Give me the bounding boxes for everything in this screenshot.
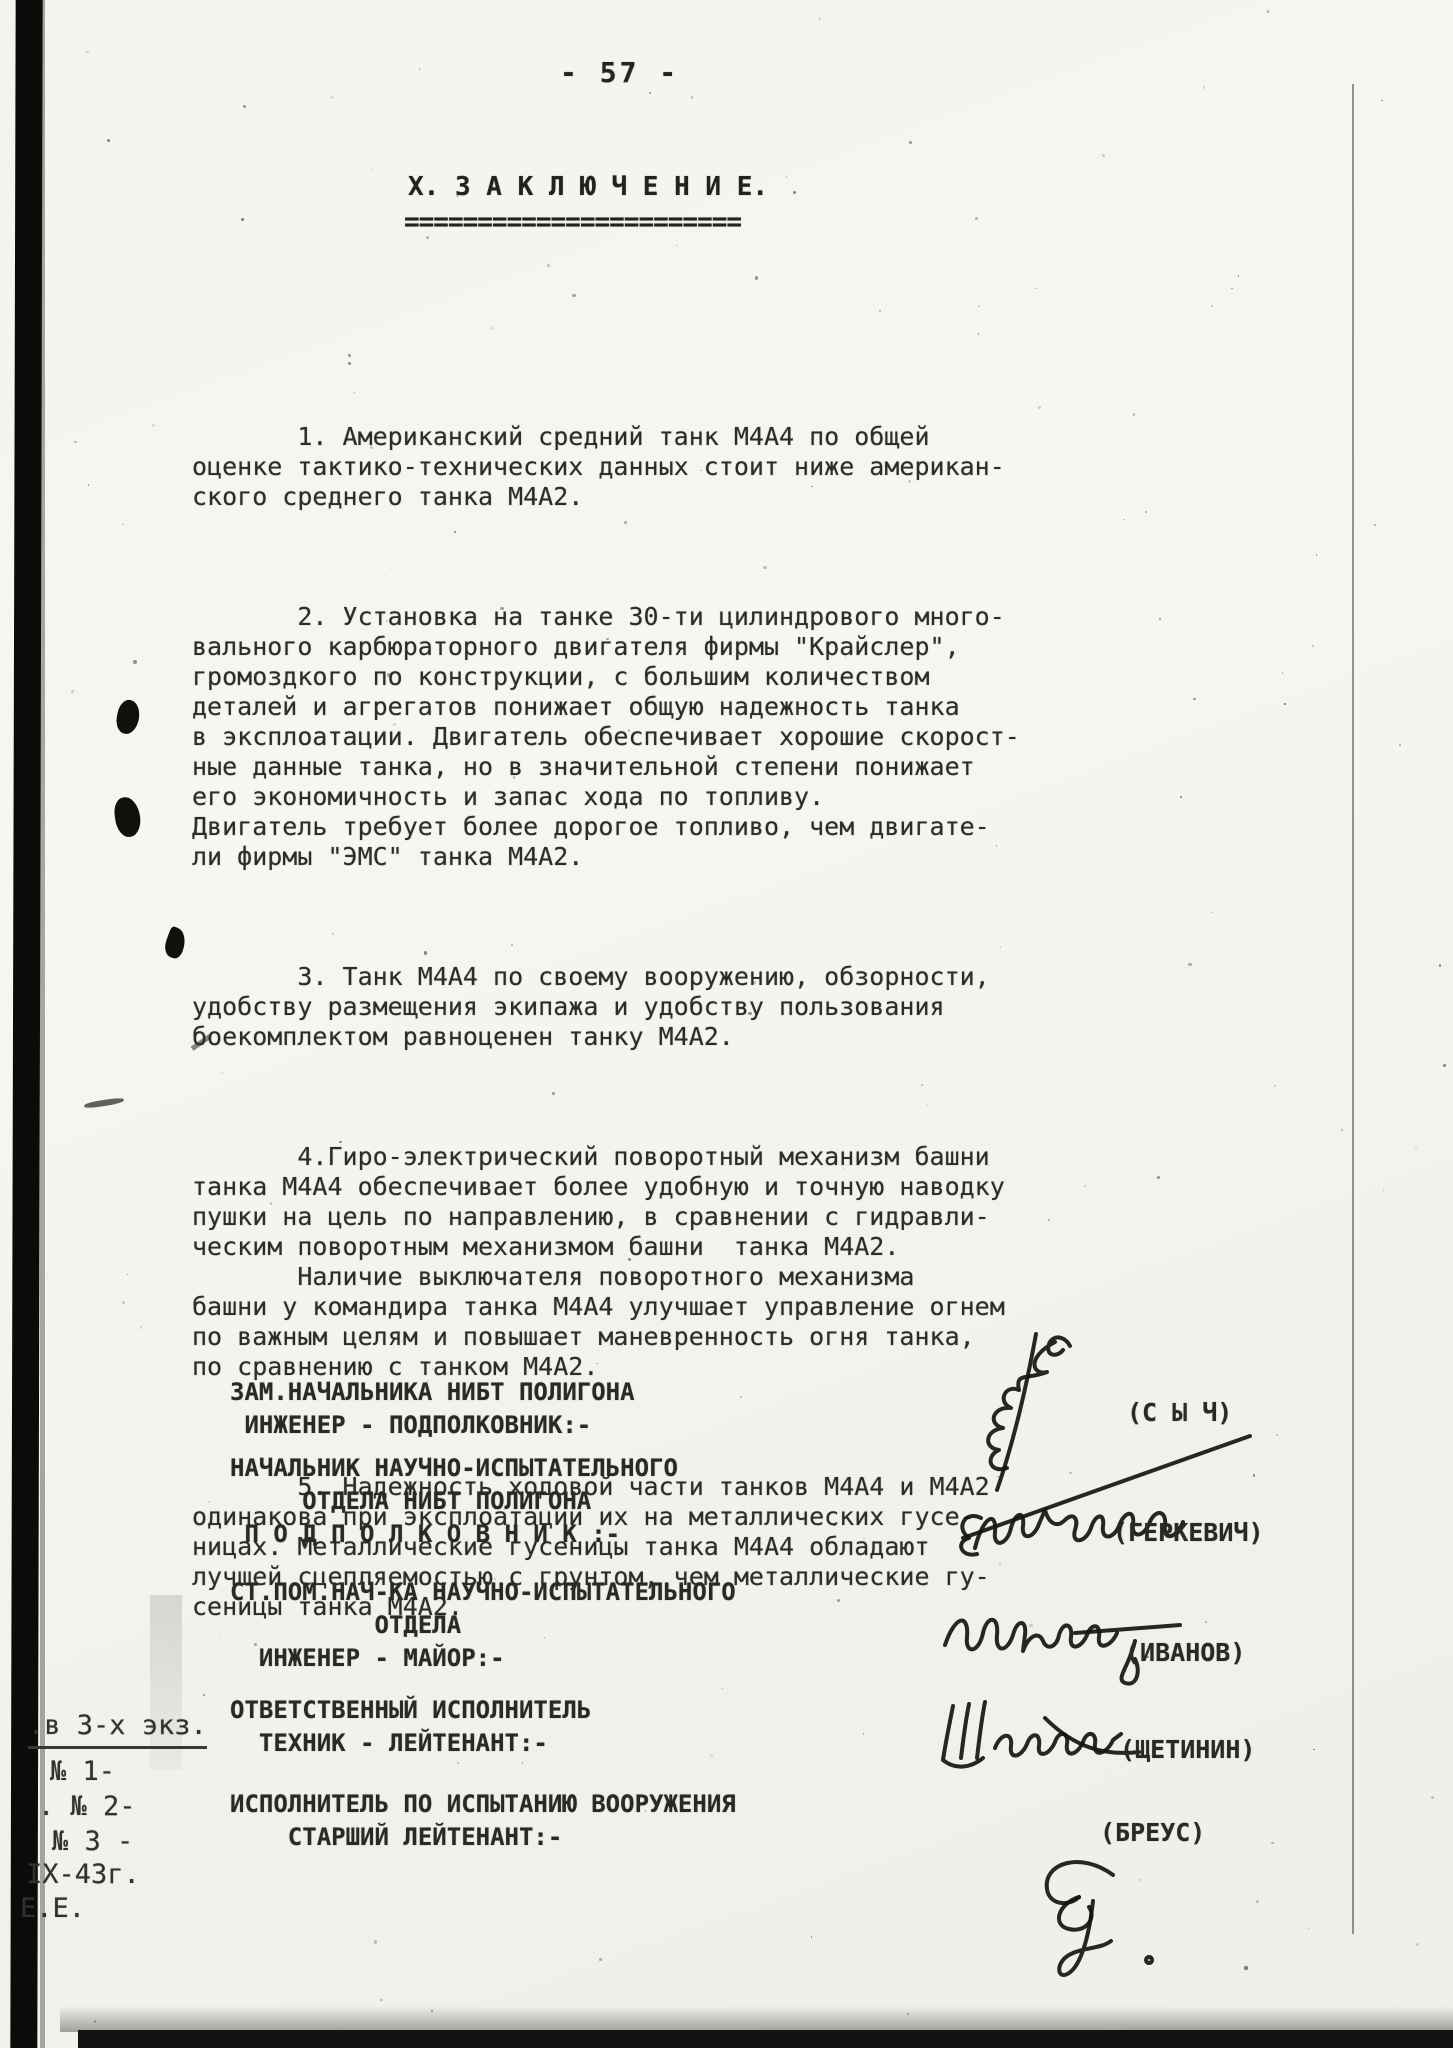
paragraph-1: 1. Американский средний танк М4А4 по общ… xyxy=(192,422,1042,512)
ink-blot-1 xyxy=(114,698,143,736)
signature-name-breus: (БРЕУС) xyxy=(1100,1818,1205,1847)
margin-copies-text: .в 3-х экз. xyxy=(28,1710,207,1749)
ink-blot-3 xyxy=(161,926,189,961)
scanned-document-page: { "page": { "number": "- 57 -" }, "title… xyxy=(0,0,1453,2048)
pencil-dash-mark xyxy=(84,1097,124,1109)
signature-name-shchetinin: (ЩЕТИНИН) xyxy=(1120,1735,1255,1764)
signature-block-5-title: ИСПОЛНИТЕЛЬ ПО ИСПЫТАНИЮ ВООРУЖЕНИЯ СТАР… xyxy=(230,1788,736,1854)
signature-ivanov-handwriting xyxy=(925,1575,1185,1695)
section-title-underline: ======================= xyxy=(404,207,741,237)
signature-block-4-title: ОТВЕТСТВЕННЫЙ ИСПОЛНИТЕЛЬ ТЕХНИК - ЛЕЙТЕ… xyxy=(230,1694,591,1760)
scan-shadow-bottom xyxy=(60,2006,1453,2032)
paragraph-3: 3. Танк М4А4 по своему вооружению, обзор… xyxy=(192,962,1042,1052)
scan-edge-bottom xyxy=(78,2030,1453,2048)
signature-block-3-title: СТ.ПОМ.НАЧ-КА НАУЧНО-ИСПЫТАТЕЛЬНОГО ОТДЕ… xyxy=(230,1576,736,1675)
signature-name-sych: (С Ы Ч) xyxy=(1127,1398,1232,1427)
margin-note-copy-3: № 3 - xyxy=(52,1826,133,1857)
page-number: - 57 - xyxy=(560,56,679,89)
signature-name-ivanov: (ИВАНОВ) xyxy=(1125,1638,1245,1667)
signature-block-1-title: ЗАМ.НАЧАЛЬНИКА НИБТ ПОЛИГОНА ИНЖЕНЕР - П… xyxy=(230,1376,635,1442)
signature-breus-handwriting xyxy=(985,1845,1185,1985)
margin-initials-note: Е.Е. xyxy=(20,1893,85,1924)
signature-name-gerkevich: (ГЕРКЕВИЧ) xyxy=(1113,1518,1264,1547)
signature-block-2-title: НАЧАЛЬНИК НАУЧНО-ИСПЫТАТЕЛЬНОГО ОТДЕЛА Н… xyxy=(230,1452,678,1551)
margin-date-note: IX-43г. xyxy=(26,1859,140,1890)
section-title: Х. З А К Л Ю Ч Е Н И Е. xyxy=(408,172,768,202)
margin-note-copy-1: № 1- xyxy=(50,1756,115,1787)
margin-copies-note: .в 3-х экз. xyxy=(28,1710,207,1741)
paragraph-2: 2. Установка на танке 30-ти цилиндрового… xyxy=(192,602,1042,872)
margin-note-copy-2: . № 2- xyxy=(38,1791,136,1822)
fold-line-right xyxy=(1352,84,1354,1934)
ink-blot-2 xyxy=(112,795,142,838)
